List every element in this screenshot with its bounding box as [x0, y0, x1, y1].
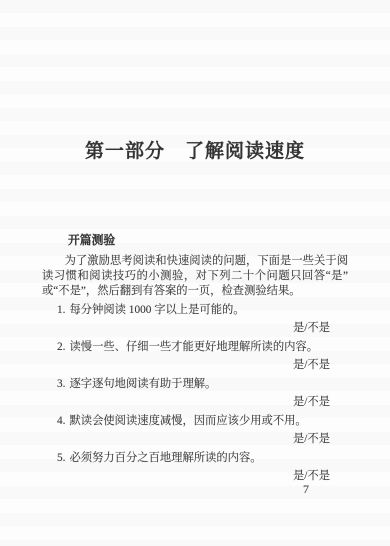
- question-text: 读慢一些、仔细一些才能更好地理解所读的内容。: [69, 341, 318, 353]
- question-number: 1.: [57, 304, 65, 316]
- question-text: 默读会使阅读速度减慢，因而应该少用或不用。: [69, 415, 306, 427]
- quiz-question-list: 1.每分钟阅读 1000 字以上是可能的。 是/不是 2.读慢一些、仔细一些才能…: [42, 303, 348, 484]
- book-page: 第一部分 了解阅读速度 开篇测验 为了激励思考阅读和快速阅读的问题，下面是一些关…: [0, 0, 390, 546]
- question-number: 4.: [57, 415, 65, 427]
- question-line: 4.默读会使阅读速度减慢，因而应该少用或不用。: [42, 414, 348, 429]
- question-number: 2.: [57, 341, 65, 353]
- quiz-question: 3.逐字逐句地阅读有助于理解。 是/不是: [42, 377, 348, 410]
- answer-options: 是/不是: [42, 358, 348, 373]
- question-line: 3.逐字逐句地阅读有助于理解。: [42, 377, 348, 392]
- intro-line: 或“不是”，然后翻到有答案的一页，检查测验结果。: [42, 284, 348, 299]
- question-text: 每分钟阅读 1000 字以上是可能的。: [69, 304, 244, 316]
- intro-line: 为了激励思考阅读和快速阅读的问题，下面是一些关于阅: [42, 254, 348, 269]
- question-line: 1.每分钟阅读 1000 字以上是可能的。: [42, 303, 348, 318]
- quiz-question: 1.每分钟阅读 1000 字以上是可能的。 是/不是: [42, 303, 348, 336]
- question-number: 3.: [57, 378, 65, 390]
- question-line: 2.读慢一些、仔细一些才能更好地理解所读的内容。: [42, 340, 348, 355]
- question-number: 5.: [57, 452, 65, 464]
- page-content: 开篇测验 为了激励思考阅读和快速阅读的问题，下面是一些关于阅 读习惯和阅读技巧的…: [42, 233, 348, 484]
- quiz-question: 5.必须努力百分之百地理解所读的内容。 是/不是: [42, 451, 348, 484]
- answer-options: 是/不是: [42, 432, 348, 447]
- chapter-title: 第一部分 了解阅读速度: [0, 139, 390, 165]
- intro-line: 读习惯和阅读技巧的小测验，对下列二十个问题只回答“是”: [42, 269, 348, 284]
- quiz-question: 4.默读会使阅读速度减慢，因而应该少用或不用。 是/不是: [42, 414, 348, 447]
- page-number: 7: [303, 482, 309, 496]
- answer-options: 是/不是: [42, 395, 348, 410]
- answer-options: 是/不是: [42, 321, 348, 336]
- question-line: 5.必须努力百分之百地理解所读的内容。: [42, 451, 348, 466]
- question-text: 必须努力百分之百地理解所读的内容。: [69, 452, 261, 464]
- question-text: 逐字逐句地阅读有助于理解。: [69, 378, 216, 390]
- section-heading: 开篇测验: [42, 233, 348, 247]
- intro-paragraph: 为了激励思考阅读和快速阅读的问题，下面是一些关于阅 读习惯和阅读技巧的小测验，对…: [42, 254, 348, 299]
- quiz-question: 2.读慢一些、仔细一些才能更好地理解所读的内容。 是/不是: [42, 340, 348, 373]
